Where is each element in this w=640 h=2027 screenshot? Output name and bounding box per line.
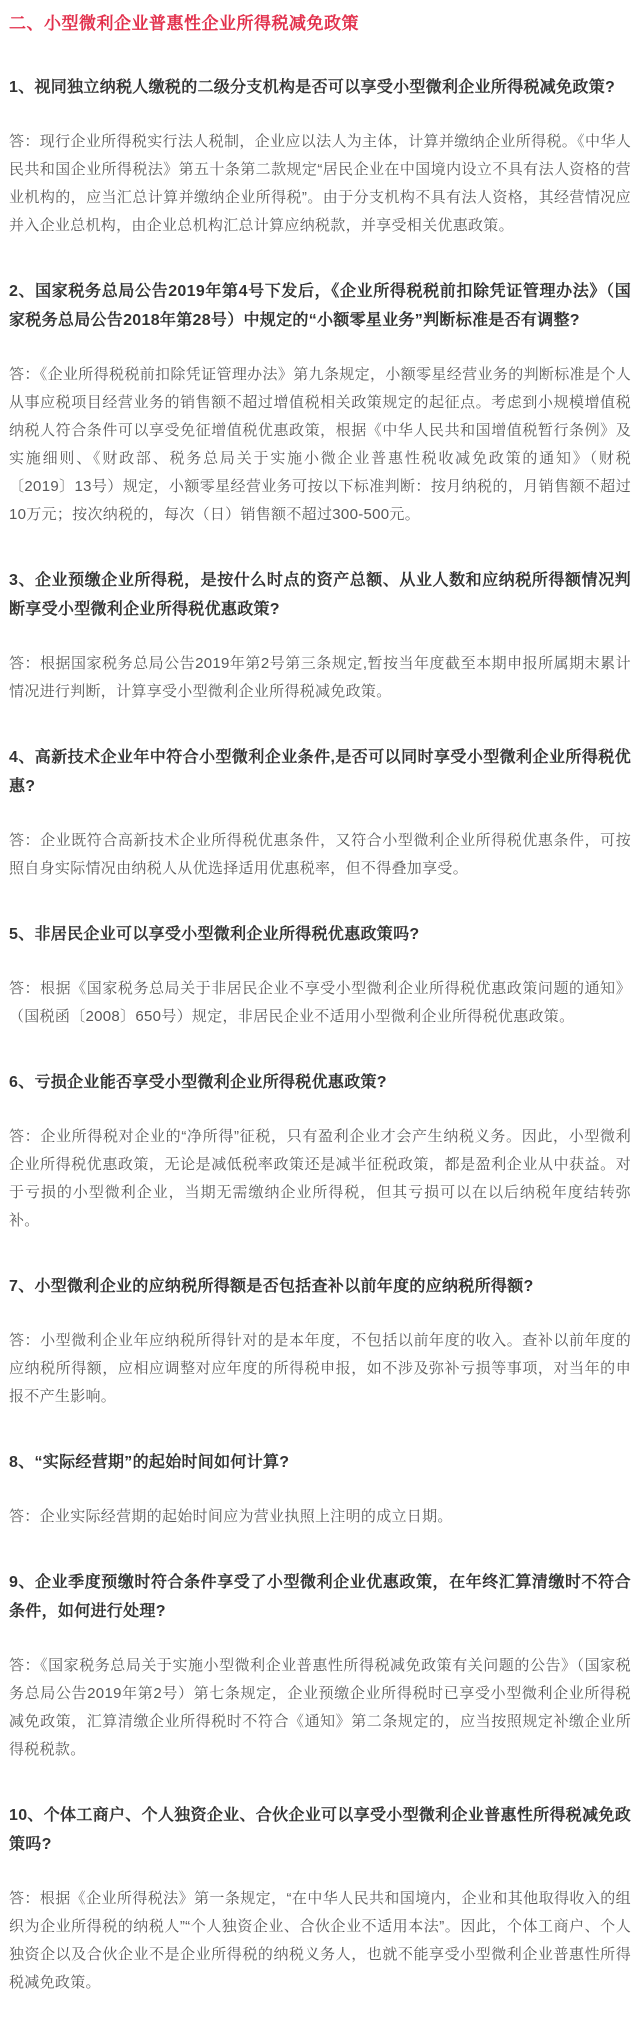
question-5: 5、非居民企业可以享受小型微利企业所得税优惠政策吗?	[9, 920, 631, 949]
question-4: 4、高新技术企业年中符合小型微利企业条件,是否可以同时享受小型微利企业所得税优惠…	[9, 743, 631, 801]
answer-8: 答：企业实际经营期的起始时间应为营业执照上注明的成立日期。	[9, 1503, 631, 1531]
article-body: 二、小型微利企业普惠性企业所得税减免政策 1、视同独立纳税人缴税的二级分支机构是…	[0, 0, 640, 2027]
qa-item: 3、企业预缴企业所得税，是按什么时点的资产总额、从业人数和应纳税所得额情况判断享…	[9, 566, 631, 706]
answer-3: 答：根据国家税务总局公告2019年第2号第三条规定,暂按当年度截至本期申报所属期…	[9, 650, 631, 706]
qa-item: 10、个体工商户、个人独资企业、合伙企业可以享受小型微利企业普惠性所得税减免政策…	[9, 1801, 631, 1997]
question-6: 6、亏损企业能否享受小型微利企业所得税优惠政策?	[9, 1068, 631, 1097]
question-8: 8、“实际经营期”的起始时间如何计算?	[9, 1448, 631, 1477]
qa-item: 6、亏损企业能否享受小型微利企业所得税优惠政策? 答：企业所得税对企业的“净所得…	[9, 1068, 631, 1235]
answer-7: 答：小型微利企业年应纳税所得针对的是本年度，不包括以前年度的收入。查补以前年度的…	[9, 1327, 631, 1411]
qa-item: 4、高新技术企业年中符合小型微利企业条件,是否可以同时享受小型微利企业所得税优惠…	[9, 743, 631, 883]
question-10: 10、个体工商户、个人独资企业、合伙企业可以享受小型微利企业普惠性所得税减免政策…	[9, 1801, 631, 1859]
question-7: 7、小型微利企业的应纳税所得额是否包括查补以前年度的应纳税所得额?	[9, 1272, 631, 1301]
answer-2: 答：《企业所得税税前扣除凭证管理办法》第九条规定，小额零星经营业务的判断标准是个…	[9, 361, 631, 529]
question-3: 3、企业预缴企业所得税，是按什么时点的资产总额、从业人数和应纳税所得额情况判断享…	[9, 566, 631, 624]
answer-4: 答：企业既符合高新技术企业所得税优惠条件，又符合小型微利企业所得税优惠条件，可按…	[9, 827, 631, 883]
page-title: 二、小型微利企业普惠性企业所得税减免政策	[9, 12, 631, 36]
answer-10: 答：根据《企业所得税法》第一条规定，“在中华人民共和国境内，企业和其他取得收入的…	[9, 1885, 631, 1997]
answer-6: 答：企业所得税对企业的“净所得”征税，只有盈利企业才会产生纳税义务。因此，小型微…	[9, 1123, 631, 1235]
answer-1: 答：现行企业所得税实行法人税制，企业应以法人为主体，计算并缴纳企业所得税。《中华…	[9, 128, 631, 240]
answer-5: 答：根据《国家税务总局关于非居民企业不享受小型微利企业所得税优惠政策问题的通知》…	[9, 975, 631, 1031]
qa-item: 7、小型微利企业的应纳税所得额是否包括查补以前年度的应纳税所得额? 答：小型微利…	[9, 1272, 631, 1411]
qa-item: 1、视同独立纳税人缴税的二级分支机构是否可以享受小型微利企业所得税减免政策? 答…	[9, 73, 631, 240]
question-1: 1、视同独立纳税人缴税的二级分支机构是否可以享受小型微利企业所得税减免政策?	[9, 73, 631, 102]
qa-item: 2、国家税务总局公告2019年第4号下发后，《企业所得税税前扣除凭证管理办法》（…	[9, 277, 631, 529]
question-9: 9、企业季度预缴时符合条件享受了小型微利企业优惠政策，在年终汇算清缴时不符合条件…	[9, 1568, 631, 1626]
qa-item: 5、非居民企业可以享受小型微利企业所得税优惠政策吗? 答：根据《国家税务总局关于…	[9, 920, 631, 1031]
qa-item: 8、“实际经营期”的起始时间如何计算? 答：企业实际经营期的起始时间应为营业执照…	[9, 1448, 631, 1531]
qa-item: 9、企业季度预缴时符合条件享受了小型微利企业优惠政策，在年终汇算清缴时不符合条件…	[9, 1568, 631, 1764]
answer-9: 答：《国家税务总局关于实施小型微利企业普惠性所得税减免政策有关问题的公告》（国家…	[9, 1652, 631, 1764]
question-2: 2、国家税务总局公告2019年第4号下发后，《企业所得税税前扣除凭证管理办法》（…	[9, 277, 631, 335]
